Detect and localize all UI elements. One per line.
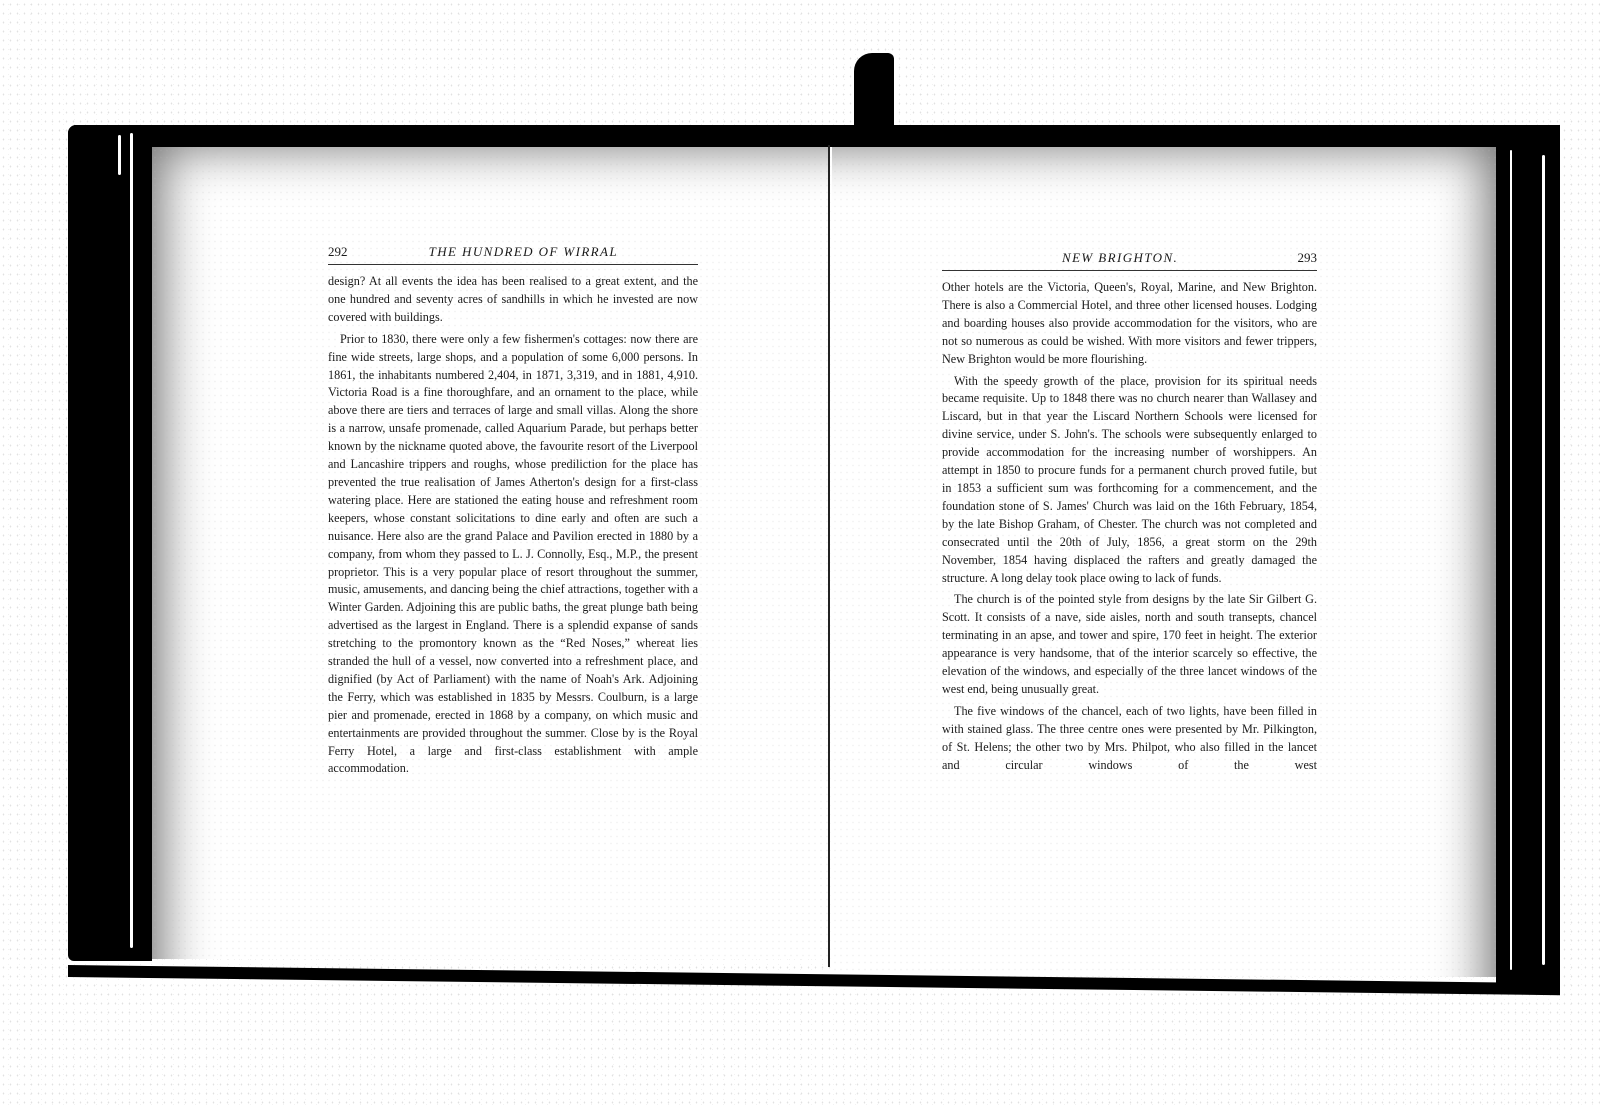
spine-bookmark-tab [854, 53, 894, 133]
paragraph: Prior to 1830, there were only a few fis… [328, 331, 698, 779]
left-page-header: 292 THE HUNDRED OF WIRRAL [328, 244, 698, 265]
paragraph: With the speedy growth of the place, pro… [942, 373, 1317, 588]
paragraph: design? At all events the idea has been … [328, 273, 698, 327]
binding-right-edge [1496, 125, 1560, 985]
open-book [68, 125, 1560, 977]
page-number: 293 [1298, 250, 1318, 266]
running-title: NEW BRIGHTON. [1062, 250, 1178, 266]
binding-top-edge [68, 125, 1560, 147]
running-title: THE HUNDRED OF WIRRAL [429, 244, 618, 260]
binding-left-edge [68, 125, 152, 961]
paragraph: The five windows of the chancel, each of… [942, 703, 1317, 775]
book-gutter [828, 145, 830, 967]
paragraph: Other hotels are the Victoria, Queen's, … [942, 279, 1317, 369]
paragraph: The church is of the pointed style from … [942, 591, 1317, 698]
left-page-text: 292 THE HUNDRED OF WIRRAL design? At all… [328, 244, 698, 782]
page-number: 292 [328, 244, 348, 260]
right-page-header: NEW BRIGHTON. 293 [942, 250, 1317, 271]
right-page-text: NEW BRIGHTON. 293 Other hotels are the V… [942, 250, 1317, 778]
